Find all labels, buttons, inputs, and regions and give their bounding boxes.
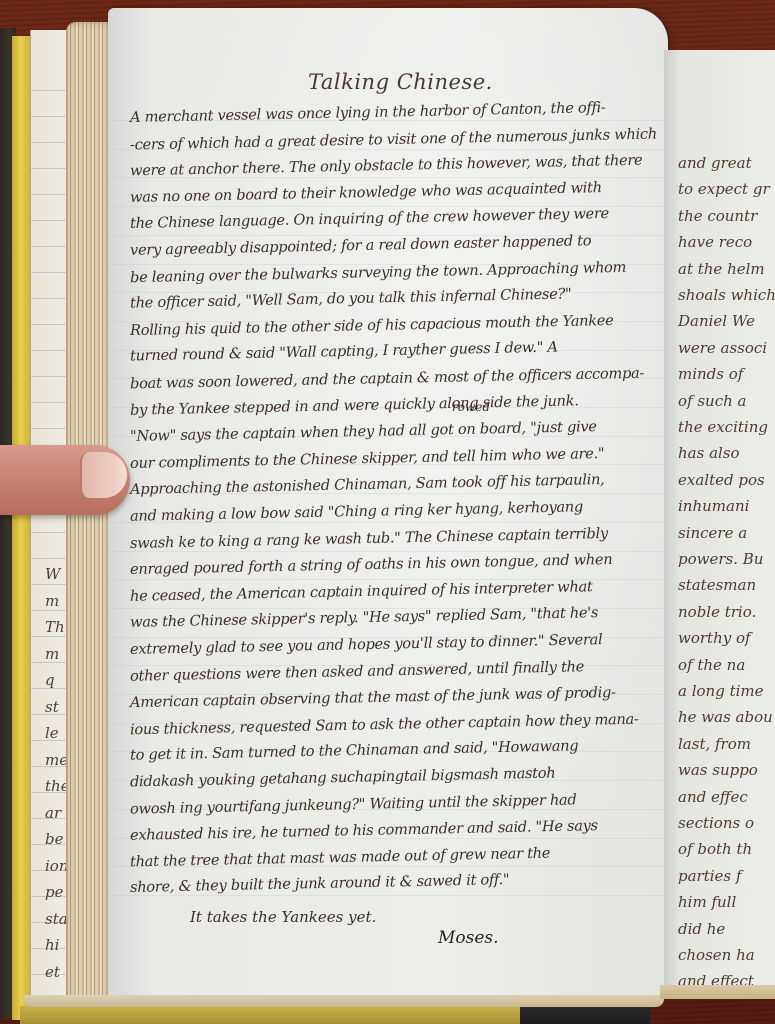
closing-line: It takes the Yankees yet.	[190, 908, 376, 926]
facing-page-line: chosen ha	[678, 946, 755, 964]
manuscript-line: he ceased, the American captain inquired…	[130, 578, 593, 605]
manuscript-line: other questions were then asked and answ…	[130, 658, 584, 685]
previous-page-fragment: hi	[45, 936, 59, 954]
facing-page-line: at the helm	[678, 260, 765, 278]
facing-page-line: last, from	[678, 735, 751, 753]
manuscript-line: by the Yankee stepped in and were quickl…	[130, 392, 579, 418]
facing-page-line: minds of	[678, 365, 743, 383]
facing-page-line: shoals which	[678, 286, 775, 304]
facing-page-line: to expect gr	[678, 180, 770, 198]
facing-page-line: the exciting	[678, 418, 768, 436]
facing-page-line: sections o	[678, 814, 754, 832]
manuscript-line: very agreeably disappointed; for a real …	[130, 232, 592, 259]
previous-page-fragment: W	[45, 565, 60, 583]
facing-page-line: parties f	[678, 867, 741, 885]
page-bottom-edge	[24, 995, 664, 1007]
facing-page-line: have reco	[678, 233, 752, 251]
previous-page-fragment: me	[45, 751, 68, 769]
facing-page-line: Daniel We	[678, 312, 755, 330]
previous-page-fragment: sta	[45, 910, 68, 928]
facing-page-line: worthy of	[678, 629, 751, 647]
manuscript-line: A merchant vessel was once lying in the …	[130, 99, 606, 126]
manuscript-line: Rolling his quid to the other side of hi…	[130, 312, 614, 339]
facing-page-line: and effect	[678, 972, 754, 985]
manuscript-line: our compliments to the Chinese skipper, …	[130, 445, 605, 472]
page-title: Talking Chinese.	[308, 70, 493, 94]
previous-page-fragment: Th	[45, 618, 65, 636]
manuscript-line: to get it in. Sam turned to the Chinaman…	[130, 738, 579, 764]
facing-page-line: sincere a	[678, 524, 747, 542]
previous-page-fragment: ar	[45, 804, 61, 822]
manuscript-line: and making a low bow said "Ching a ring …	[130, 498, 583, 524]
previous-page-fragment: ion	[45, 857, 69, 875]
manuscript-line: extremely glad to see you and hopes you'…	[130, 631, 603, 658]
facing-page-line: a long time	[678, 682, 764, 700]
manuscript-line: American captain observing that the mast…	[130, 684, 616, 711]
manuscript-line: the Chinese language. On inquiring of th…	[130, 205, 609, 232]
ruled-line	[108, 895, 668, 896]
signature: Moses.	[438, 928, 499, 948]
previous-page-fragment: m	[45, 645, 59, 663]
endpaper-bottom-edge	[20, 1006, 520, 1024]
yellow-endpaper	[12, 36, 31, 1020]
previous-page-fragment: q	[45, 671, 55, 689]
manuscript-line: didakash youking getahang suchapingtail …	[130, 765, 556, 791]
manuscript-line: ious thickness, requested Sam to ask the…	[130, 710, 639, 738]
facing-page: and greatto expect grthe countrhave reco…	[664, 50, 775, 985]
facing-page-line: he was abou	[678, 708, 773, 726]
facing-page-line: him full	[678, 893, 736, 911]
facing-page-line: of the na	[678, 656, 745, 674]
manuscript-line: the officer said, "Well Sam, do you talk…	[130, 286, 572, 312]
manuscript-line: enraged poured forth a string of oaths i…	[130, 551, 613, 578]
facing-page-line: of both th	[678, 840, 752, 858]
manuscript-line: boat was soon lowered, and the captain &…	[130, 365, 644, 393]
facing-page-line: inhumani	[678, 497, 749, 515]
manuscript-line: owosh ing yourtifang junkeung?" Waiting …	[130, 791, 577, 817]
facing-page-line: the countr	[678, 207, 757, 225]
previous-page-fragment: le	[45, 724, 59, 742]
manuscript-page: Talking Chinese. rowed It takes the Yank…	[108, 8, 668, 998]
facing-page-line: was suppo	[678, 761, 758, 779]
manuscript-line: shore, & they built the junk around it &…	[130, 871, 510, 896]
facing-page-bottom-edge	[660, 985, 775, 999]
manuscript-line: swash ke to king a rang ke wash tub." Th…	[130, 525, 608, 552]
manuscript-line: be leaning over the bulwarks surveying t…	[130, 258, 626, 285]
manuscript-line: Approaching the astonished Chinaman, Sam…	[130, 471, 605, 498]
manuscript-line: "Now" says the captain when they had all…	[130, 418, 597, 445]
previous-page-fragment: pe	[45, 883, 63, 901]
thumbnail	[80, 452, 127, 498]
facing-page-line: were associ	[678, 339, 767, 357]
previous-page-fragment: be	[45, 830, 63, 848]
facing-page-line: and great	[678, 154, 752, 172]
previous-page-fragment: st	[45, 698, 59, 716]
facing-page-line: did he	[678, 920, 725, 938]
manuscript-line: was no one on board to their knowledge w…	[130, 179, 602, 206]
facing-page-line: powers. Bu	[678, 550, 763, 568]
previous-page-fragment: et	[45, 963, 60, 981]
previous-page-fragment: m	[45, 592, 59, 610]
facing-page-line: of such a	[678, 392, 746, 410]
facing-page-line: statesman	[678, 576, 756, 594]
manuscript-line: exhausted his ire, he turned to his comm…	[130, 817, 598, 844]
facing-page-line: noble trio.	[678, 603, 756, 621]
manuscript-line: turned round & said "Wall capting, I ray…	[130, 339, 558, 365]
facing-page-line: exalted pos	[678, 471, 765, 489]
manuscript-line: were at anchor there. The only obstacle …	[130, 152, 643, 180]
facing-page-line: and effec	[678, 788, 748, 806]
facing-page-line: has also	[678, 444, 740, 462]
